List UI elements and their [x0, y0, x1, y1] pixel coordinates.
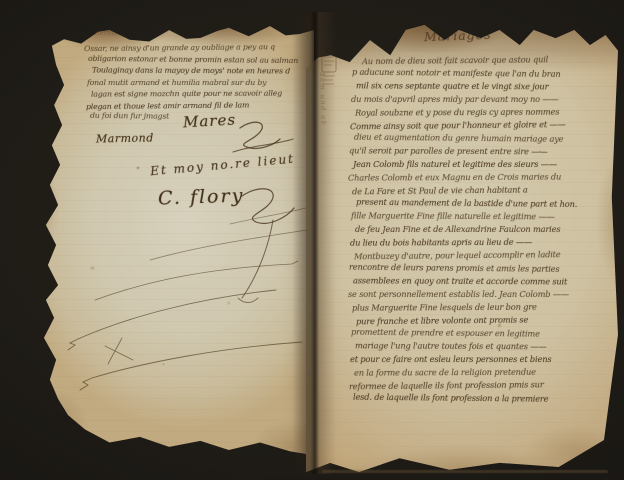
manuscript-line: fonal mutit armand et humilia mabral sur… — [87, 77, 307, 89]
manuscript-line: Toulaginay dans la mayoy de moys' note e… — [92, 64, 312, 77]
manuscript-line: du mois d'apvril apres midy par devant m… — [351, 93, 607, 106]
manuscript-line: assemblees en quoy ont traite et accorde… — [353, 274, 609, 288]
signature-marmond: Marmond — [96, 131, 154, 145]
manuscript-line: se sont personnellement establis led. Je… — [348, 288, 604, 301]
page-stack-edge — [322, 470, 608, 473]
manuscript-line: fille Marguerite Fine fille naturelle et… — [351, 209, 607, 223]
page-header-annotation: Mariages — [424, 27, 492, 44]
manuscript-line: lesd. de laquelle ils font profession a … — [353, 391, 609, 407]
archive-photo: Germain de ligne Ossar, ne ainsy d'un gr… — [0, 0, 624, 480]
manuscript-right-page: Mariages Som und ab Au nom de dieu soit … — [306, 14, 618, 472]
notary-line: Et moy no.re lieut — [150, 152, 296, 179]
right-page-text-block: Au nom de dieu soit fait scavoir que ast… — [352, 54, 608, 405]
left-page-text-block: Ossar, ne ainsy d'un grande ay oubliage … — [88, 42, 308, 123]
manuscript-line: mariage l'ung l'autre toutes fois et qua… — [355, 339, 611, 353]
manuscript-line: et pour ce faire ont esleu leurs personn… — [350, 353, 606, 366]
signature-mares: Mares — [183, 111, 237, 132]
signature-flory: C. flory — [158, 185, 245, 210]
manuscript-line: Jean Colomb fils naturel et legitime des… — [353, 158, 609, 171]
manuscript-line: mil six cens septante quatre et le vingt… — [356, 79, 612, 93]
left-page-faint-line: Germain de ligne — [94, 29, 155, 37]
manuscript-line: de feu Jean Fine et de Allexandrine Faul… — [355, 223, 611, 236]
manuscript-left-page: Germain de ligne Ossar, ne ainsy d'un gr… — [30, 24, 314, 460]
manuscript-line: qu'il seroit par parolles de present ent… — [349, 144, 605, 158]
